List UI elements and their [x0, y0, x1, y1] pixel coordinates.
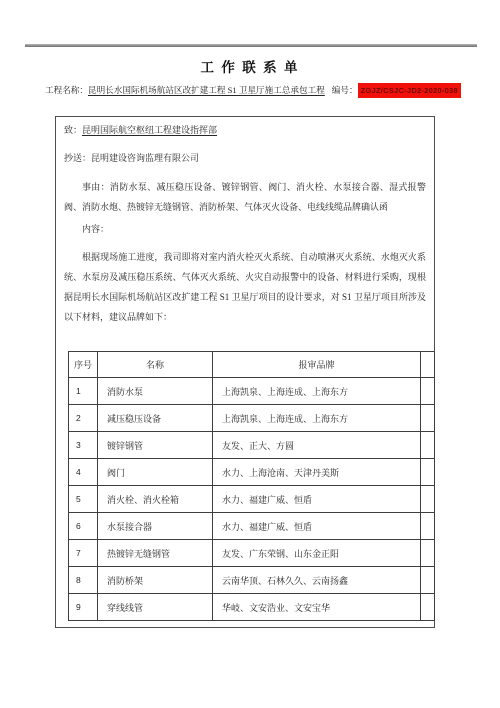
table-row: 1 消防水泵 上海凯泉、上海连成、上海东方 — [69, 378, 435, 405]
brands-cell: 水力、福建广威、恒盾 — [213, 486, 421, 513]
table-row: 3 镀锌钢管 友发、正大、方圆 — [69, 432, 435, 459]
document-title: 工 作 联 系 单 — [0, 56, 500, 76]
table-row: 7 热镀锌无缝钢管 友发、广东荣钢、山东金正阳 — [69, 540, 435, 567]
letter-body-box: 致：昆明国际航空枢纽工程建设指挥部 抄送：昆明建设咨询监理有限公司 事由：消防水… — [55, 116, 435, 628]
brand-table-body: 1 消防水泵 上海凯泉、上海连成、上海东方 2 减压稳压设备 上海凯泉、上海连成… — [69, 378, 435, 621]
brands-cell: 华岐、文安浩业、文安宝华 — [213, 594, 421, 621]
brands-cell: 水力、福建广威、恒盾 — [213, 513, 421, 540]
row-number-cell: 6 — [69, 513, 98, 540]
to-value: 昆明国际航空枢纽工程建设指挥部 — [82, 125, 217, 135]
col-header-tail — [421, 352, 435, 378]
table-row: 4 阀门 水力、上海沧南、天津丹美斯 — [69, 459, 435, 486]
subject-label: 事由： — [82, 182, 110, 192]
material-name-cell: 阀门 — [98, 459, 213, 486]
empty-tail-cell — [421, 459, 435, 486]
subject-value: 消防水泵、减压稳压设备、镀锌钢管、阀门、消火栓、水泵接合器、湿式报警阀、消防水炮… — [64, 182, 426, 212]
to-line: 致：昆明国际航空枢纽工程建设指挥部 — [64, 124, 426, 137]
to-label: 致： — [64, 125, 82, 135]
row-number-cell: 1 — [69, 378, 98, 405]
col-header-no: 序号 — [69, 352, 98, 378]
col-header-name: 名称 — [98, 352, 213, 378]
project-name-label: 工程名称： — [45, 85, 88, 95]
cc-line: 抄送：昆明建设咨询监理有限公司 — [64, 152, 426, 165]
material-name-cell: 镀锌钢管 — [98, 432, 213, 459]
empty-tail-cell — [421, 540, 435, 567]
empty-tail-cell — [421, 594, 435, 621]
empty-tail-cell — [421, 378, 435, 405]
doc-number-label: 编号： — [332, 85, 358, 95]
table-row: 9 穿线线管 华岐、文安浩业、文安宝华 — [69, 594, 435, 621]
brands-cell: 云南华顶、石林久久、云南扬鑫 — [213, 567, 421, 594]
material-name-cell: 消火栓、消火栓箱 — [98, 486, 213, 513]
table-row: 6 水泵接合器 水力、福建广威、恒盾 — [69, 513, 435, 540]
row-number-cell: 4 — [69, 459, 98, 486]
row-number-cell: 5 — [69, 486, 98, 513]
material-name-cell: 减压稳压设备 — [98, 405, 213, 432]
row-number-cell: 9 — [69, 594, 98, 621]
brands-cell: 友发、广东荣钢、山东金正阳 — [213, 540, 421, 567]
empty-tail-cell — [421, 567, 435, 594]
project-name-value: 昆明长水国际机场航站区改扩建工程 S1 卫星厅施工总承包工程 — [88, 85, 325, 95]
brand-approval-table: 序号 名称 报审品牌 1 消防水泵 上海凯泉、上海连成、上海东方 2 减压稳压设… — [68, 351, 435, 621]
project-meta-line: 工程名称：昆明长水国际机场航站区改扩建工程 S1 卫星厅施工总承包工程编号：ZG… — [45, 83, 490, 98]
header-rule — [25, 44, 477, 47]
col-header-brands: 报审品牌 — [213, 352, 421, 378]
table-row: 2 减压稳压设备 上海凯泉、上海连成、上海东方 — [69, 405, 435, 432]
row-number-cell: 8 — [69, 567, 98, 594]
brands-cell: 上海凯泉、上海连成、上海东方 — [213, 405, 421, 432]
empty-tail-cell — [421, 513, 435, 540]
cc-value: 昆明建设咨询监理有限公司 — [91, 153, 199, 163]
brands-cell: 友发、正大、方圆 — [213, 432, 421, 459]
brands-cell: 上海凯泉、上海连成、上海东方 — [213, 378, 421, 405]
table-header-row: 序号 名称 报审品牌 — [69, 352, 435, 378]
empty-tail-cell — [421, 486, 435, 513]
brands-cell: 水力、上海沧南、天津丹美斯 — [213, 459, 421, 486]
material-name-cell: 消防桥架 — [98, 567, 213, 594]
row-number-cell: 3 — [69, 432, 98, 459]
doc-number-value: ZGJZ/CSJC-JD2-2020-038 — [358, 83, 461, 98]
content-label: 内容： — [64, 222, 426, 236]
row-number-cell: 7 — [69, 540, 98, 567]
row-number-cell: 2 — [69, 405, 98, 432]
document-page: { "header": { "title": "工 作 联 系 单", "pro… — [0, 0, 500, 708]
material-name-cell: 消防水泵 — [98, 378, 213, 405]
material-name-cell: 穿线线管 — [98, 594, 213, 621]
empty-tail-cell — [421, 405, 435, 432]
table-row: 8 消防桥架 云南华顶、石林久久、云南扬鑫 — [69, 567, 435, 594]
material-name-cell: 水泵接合器 — [98, 513, 213, 540]
table-row: 5 消火栓、消火栓箱 水力、福建广威、恒盾 — [69, 486, 435, 513]
cc-label: 抄送： — [64, 153, 91, 163]
material-name-cell: 热镀锌无缝钢管 — [98, 540, 213, 567]
letter-body-text: 根据现场施工进度，我司即将对室内消火栓灭火系统、自动喷淋灭火系统、水炮灭火系统、… — [64, 247, 426, 327]
subject-line: 事由：消防水泵、减压稳压设备、镀锌钢管、阀门、消火栓、水泵接合器、湿式报警阀、消… — [64, 177, 426, 217]
empty-tail-cell — [421, 432, 435, 459]
